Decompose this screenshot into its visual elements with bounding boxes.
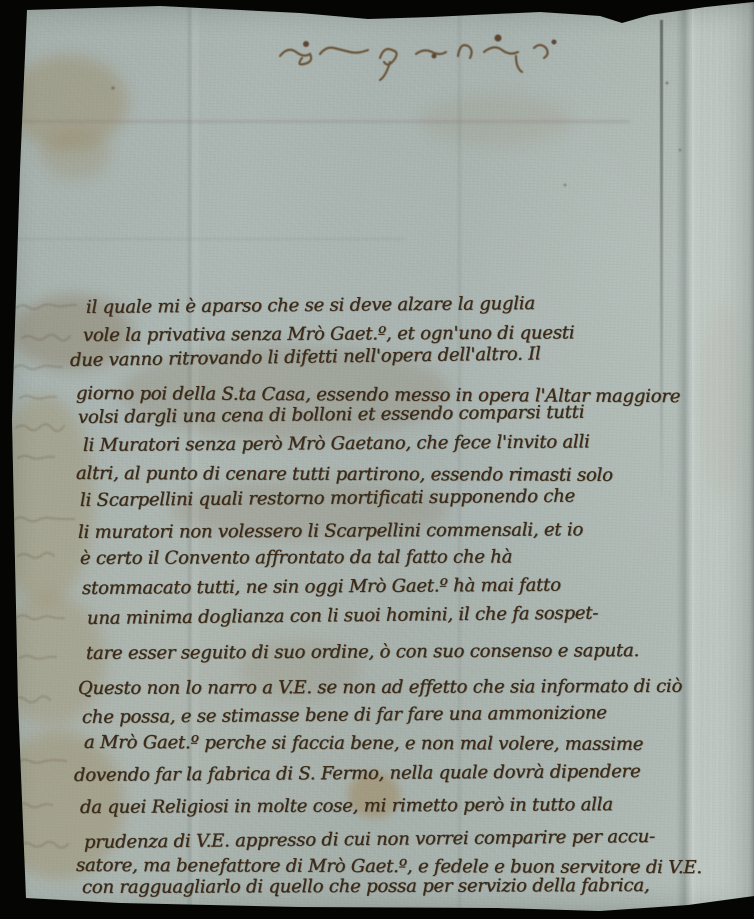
manuscript-line: volsi dargli una cena di bolloni et esse… — [78, 402, 585, 428]
manuscript-line: due vanno ritrovando li difetti nell'ope… — [70, 343, 541, 371]
manuscript-line: prudenza di V.E. appresso di cui non vor… — [84, 826, 655, 853]
manuscript-line: stommacato tutti, ne sin oggi Mrò Gaet.º… — [82, 575, 561, 599]
scanner-background: il quale mi è aparso che se si deve alza… — [0, 0, 754, 919]
paper-stain — [8, 55, 128, 150]
manuscript-line: da quei Religiosi in molte cose, mi rime… — [80, 794, 613, 818]
manuscript-line: che possa, e se stimasse bene di far far… — [82, 702, 607, 728]
manuscript-line: Questo non lo narro a V.E. se non ad eff… — [78, 676, 682, 699]
manuscript-line: tare esser seguito di suo ordine, ò con … — [86, 640, 639, 664]
manuscript-line: dovendo far la fabrica di S. Fermo, nell… — [74, 761, 641, 786]
manuscript-page: il quale mi è aparso che se si deve alza… — [0, 0, 754, 919]
manuscript-line: vole la privativa senza Mrò Gaet.º, et o… — [83, 322, 575, 346]
manuscript-line: con ragguagliarlo di quello che possa pe… — [82, 875, 650, 898]
manuscript-line: una minima doglianza con li suoi homini,… — [87, 603, 598, 629]
manuscript-line: li muratori non volessero li Scarpellini… — [78, 519, 583, 543]
manuscript-line: li Scarpellini quali restorno mortificat… — [80, 486, 575, 511]
manuscript-line: a Mrò Gaet.º perche si faccia bene, e no… — [84, 732, 643, 755]
folded-paper-flap — [692, 0, 754, 919]
fold-crease-horizontal — [20, 120, 630, 123]
paper-stain — [420, 95, 570, 145]
show-through-inscription — [262, 26, 582, 86]
manuscript-line: li Muratori senza però Mrò Gaetano, che … — [83, 431, 590, 456]
manuscript-line: è certo il Convento affrontato da tal fa… — [80, 546, 512, 569]
paper-stain — [700, 300, 744, 500]
fold-shadow-band — [676, 0, 700, 919]
paper-stain — [40, 130, 110, 180]
manuscript-line: altri, al punto di cenare tutti partiron… — [76, 463, 613, 486]
fold-crease-horizontal — [4, 238, 404, 240]
manuscript-line: il quale mi è aparso che se si deve alza… — [86, 293, 535, 318]
fold-crease-dark — [660, 20, 663, 500]
